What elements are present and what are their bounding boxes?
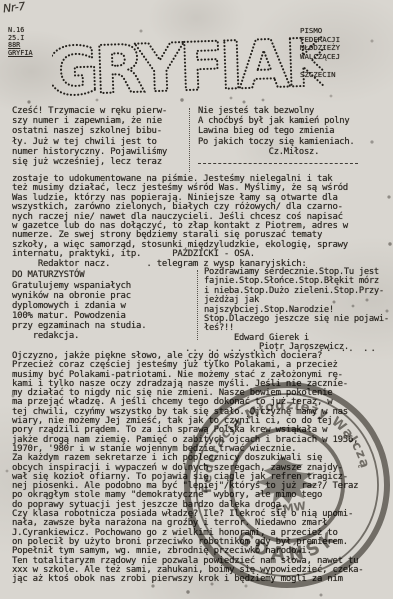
publisher-info: PISMO FEDERACJI MŁODZIEŻY WALCZĄCEJ SZCZ…	[300, 27, 340, 80]
intro-paragraph: Cześć! Trzymacie w ręku pierw- szy numer…	[12, 106, 188, 167]
poem-separator-line	[198, 163, 358, 164]
issue-school: GRYFIA	[8, 50, 33, 58]
scanned-zine-page: Nr-7 N.16 25.I 88R GRYFIA GRYFIAK PISMO …	[0, 0, 393, 599]
stamp-monogram: FMW	[275, 499, 307, 517]
telegram-paragraph: Pozdrawiamy serdecznie.Stop.Tu jest fajn…	[204, 268, 392, 353]
editorial-paragraph: zostaje to udokumentowane na piśmie. Jes…	[12, 175, 390, 269]
column-divider-2	[197, 270, 198, 340]
matura-heading: DO MATURZYSTÓW	[12, 270, 84, 280]
handwritten-issue-note: Nr-7	[2, 0, 26, 15]
newspaper-title: GRYFIAK	[52, 24, 324, 111]
masthead-title-art: GRYFIAK	[52, 16, 324, 118]
city-label: SZCZECIN	[300, 71, 340, 80]
column-divider	[189, 108, 190, 172]
fmw-stamp: Federacja Młodzieży Walczącej GDAŃSK FMW	[178, 376, 393, 594]
issue-info: N.16 25.I 88R GRYFIA	[8, 27, 33, 57]
publisher-line: WALCZĄCEJ	[300, 53, 340, 62]
stamp-eagle-icon	[249, 449, 322, 509]
matura-congrats-text: Gratulujemy wspaniałych wyników na obron…	[12, 281, 182, 341]
motto-poem: Nie jesteś tak bezwolny A choćbyś był ja…	[198, 106, 388, 157]
